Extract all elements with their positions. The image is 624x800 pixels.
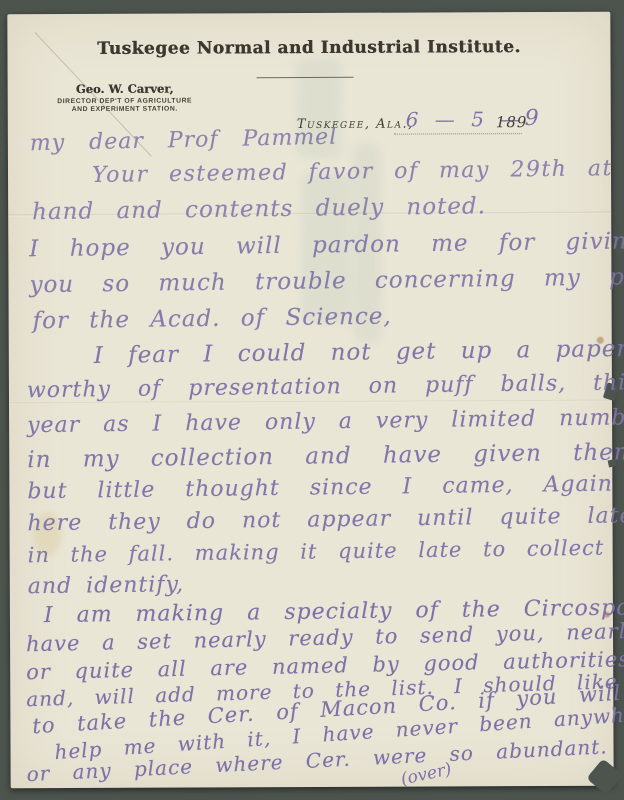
dateline-dotted-rule [394, 132, 522, 135]
dateline-year-printed: 189 [496, 113, 528, 131]
letterhead-institution: Tuskegee Normal and Industrial Institute… [7, 37, 610, 60]
handwritten-line: but little thought since I came, Again [27, 473, 613, 505]
torn-corner [586, 758, 623, 795]
dateline-year-handwritten: 9 [525, 106, 539, 131]
letter-paper: Tuskegee Normal and Industrial Institute… [7, 12, 613, 789]
handwritten-line: worthy of presentation on puff balls, th… [27, 371, 624, 403]
handwritten-line: hand and contents duely noted. [32, 194, 486, 225]
handwritten-line: I hope you will pardon me for giving [29, 229, 624, 262]
dateline: Tuskegee, Ala., 6 — 5 — 189 9 [7, 12, 610, 15]
handwritten-line: in my collection and have given them [27, 440, 624, 473]
handwritten-line: my dear Prof Pammel [30, 126, 338, 157]
handwritten-body: my dear Prof PammelYour esteemed favor o… [7, 12, 610, 15]
handwritten-line: I fear I could not get up a paper [94, 337, 624, 369]
letterhead-officer-block: Geo. W. Carver, DIRECTOR DEP'T OF AGRICU… [50, 81, 200, 114]
officer-name: Geo. W. Carver, [50, 81, 200, 96]
handwritten-line: here they do not appear until quite late [27, 504, 624, 536]
officer-title-line2: AND EXPERIMENT STATION. [50, 105, 200, 114]
handwritten-line: in the fall. making it quite late to col… [28, 537, 605, 568]
handwritten-line: you so much trouble concerning my paper [29, 265, 624, 299]
handwritten-line: and identify, [28, 573, 185, 599]
handwritten-line: for the Acad. of Science, [32, 305, 391, 335]
handwritten-line: year as I have only a very limited numbe… [27, 406, 624, 438]
handwritten-line: Your esteemed favor of may 29th at [92, 157, 613, 188]
